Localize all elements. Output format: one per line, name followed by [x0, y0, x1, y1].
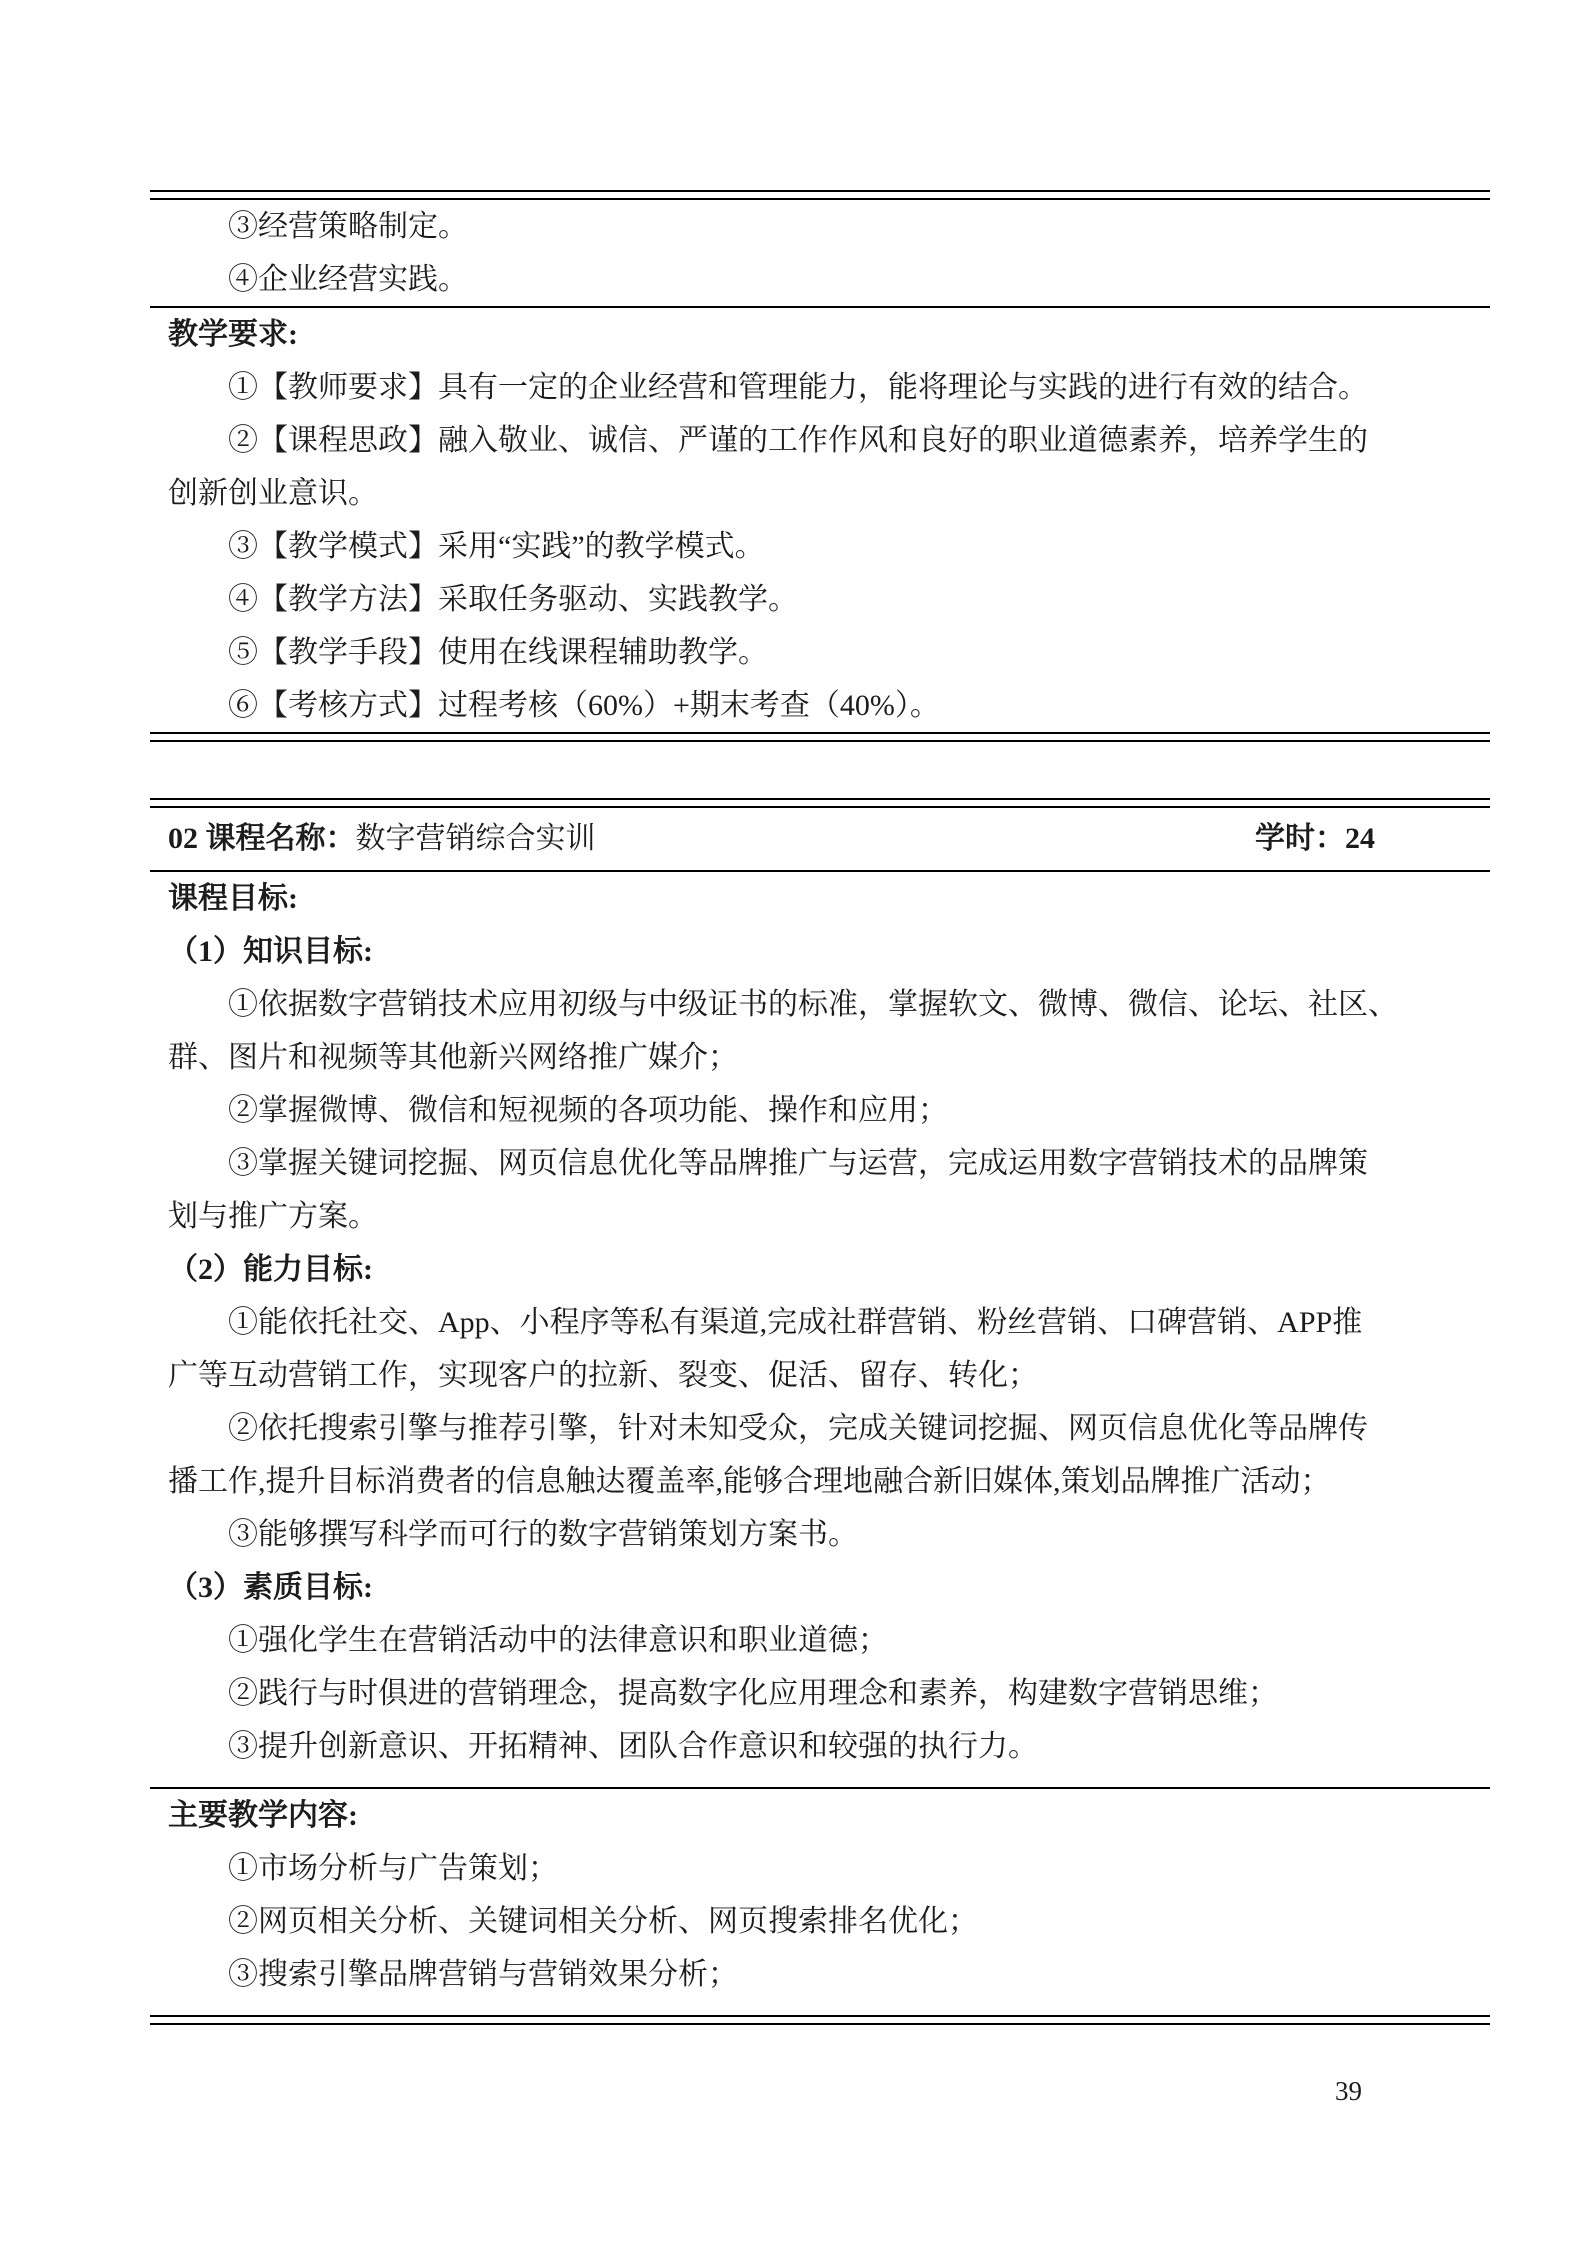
table2-bottom-border	[150, 2015, 1490, 2025]
text-line: ①依据数字营销技术应用初级与中级证书的标准，掌握软文、微博、微信、论坛、社区、	[168, 978, 1472, 1031]
ability-goals-heading: （2）能力目标:	[168, 1243, 1472, 1296]
teaching-requirements-heading: 教学要求:	[168, 308, 1472, 361]
text-line: ④【教学方法】采取任务驱动、实践教学。	[168, 573, 1472, 626]
course-header-row: 02 课程名称：数字营销综合实训 学时：24	[150, 808, 1490, 870]
document-body: ③经营策略制定。 ④企业经营实践。 教学要求: ①【教师要求】具有一定的企业经营…	[150, 190, 1490, 2025]
text-line: ②践行与时俱进的营销理念，提高数字化应用理念和素养，构建数字营销思维；	[168, 1667, 1472, 1720]
quality-goals-heading: （3）素质目标:	[168, 1561, 1472, 1614]
table-teaching-requirements: ③经营策略制定。 ④企业经营实践。 教学要求: ①【教师要求】具有一定的企业经营…	[150, 190, 1490, 742]
course-title: 02 课程名称：数字营销综合实训	[168, 808, 596, 870]
text-line: ①市场分析与广告策划；	[168, 1842, 1472, 1895]
text-line: ⑥【考核方式】过程考核（60%）+期末考查（40%）。	[168, 679, 1472, 732]
main-teaching-content-heading: 主要教学内容:	[168, 1789, 1472, 1842]
course-hours: 学时：24	[1255, 808, 1375, 870]
text-line: ③经营策略制定。	[168, 200, 1472, 253]
table2-top-border	[150, 798, 1490, 808]
table-course-02: 02 课程名称：数字营销综合实训 学时：24 课程目标: （1）知识目标: ①依…	[150, 798, 1490, 2025]
page-number: 39	[1335, 2076, 1362, 2106]
text-line: ②依托搜索引擎与推荐引擎，针对未知受众，完成关键词挖掘、网页信息优化等品牌传	[168, 1402, 1472, 1455]
text-line: ①强化学生在营销活动中的法律意识和职业道德；	[168, 1614, 1472, 1667]
text-line: 创新创业意识。	[168, 467, 1472, 520]
text-line: ④企业经营实践。	[168, 253, 1472, 306]
table1-bottom-border	[150, 732, 1490, 742]
course-goals-heading: 课程目标:	[168, 872, 1472, 925]
main-teaching-content-cell: 主要教学内容: ①市场分析与广告策划； ②网页相关分析、关键词相关分析、网页搜索…	[150, 1789, 1490, 2015]
text-line: ①【教师要求】具有一定的企业经营和管理能力，能将理论与实践的进行有效的结合。	[168, 361, 1472, 414]
text-line: ③【教学模式】采用“实践”的教学模式。	[168, 520, 1472, 573]
text-line: ②【课程思政】融入敬业、诚信、严谨的工作作风和良好的职业道德素养，培养学生的	[168, 414, 1472, 467]
text-line: ①能依托社交、App、小程序等私有渠道,完成社群营销、粉丝营销、口碑营销、APP…	[168, 1296, 1472, 1349]
course-label: 02 课程名称：	[168, 822, 356, 855]
text-line: ③能够撰写科学而可行的数字营销策划方案书。	[168, 1508, 1472, 1561]
text-line: 群、图片和视频等其他新兴网络推广媒介；	[168, 1031, 1472, 1084]
course-name: 数字营销综合实训	[356, 822, 596, 855]
teaching-requirements-cell: 教学要求: ①【教师要求】具有一定的企业经营和管理能力，能将理论与实践的进行有效…	[150, 308, 1490, 732]
text-line: ②网页相关分析、关键词相关分析、网页搜索排名优化；	[168, 1895, 1472, 1948]
course-goals-cell: 课程目标: （1）知识目标: ①依据数字营销技术应用初级与中级证书的标准，掌握软…	[150, 872, 1490, 1787]
table1-content-tail-cell: ③经营策略制定。 ④企业经营实践。	[150, 200, 1490, 306]
text-line: 划与推广方案。	[168, 1190, 1472, 1243]
table1-top-border	[150, 190, 1490, 200]
text-line: ②掌握微博、微信和短视频的各项功能、操作和应用；	[168, 1084, 1472, 1137]
page-footer: 39	[150, 2076, 1490, 2106]
text-line: ③搜索引擎品牌营销与营销效果分析；	[168, 1948, 1472, 2001]
knowledge-goals-heading: （1）知识目标:	[168, 925, 1472, 978]
document-page: ③经营策略制定。 ④企业经营实践。 教学要求: ①【教师要求】具有一定的企业经营…	[0, 0, 1587, 2245]
text-line: 广等互动营销工作，实现客户的拉新、裂变、促活、留存、转化；	[168, 1349, 1472, 1402]
text-line: ③提升创新意识、开拓精神、团队合作意识和较强的执行力。	[168, 1720, 1472, 1773]
text-line: 播工作,提升目标消费者的信息触达覆盖率,能够合理地融合新旧媒体,策划品牌推广活动…	[168, 1455, 1472, 1508]
text-line: ③掌握关键词挖掘、网页信息优化等品牌推广与运营，完成运用数字营销技术的品牌策	[168, 1137, 1472, 1190]
text-line: ⑤【教学手段】使用在线课程辅助教学。	[168, 626, 1472, 679]
